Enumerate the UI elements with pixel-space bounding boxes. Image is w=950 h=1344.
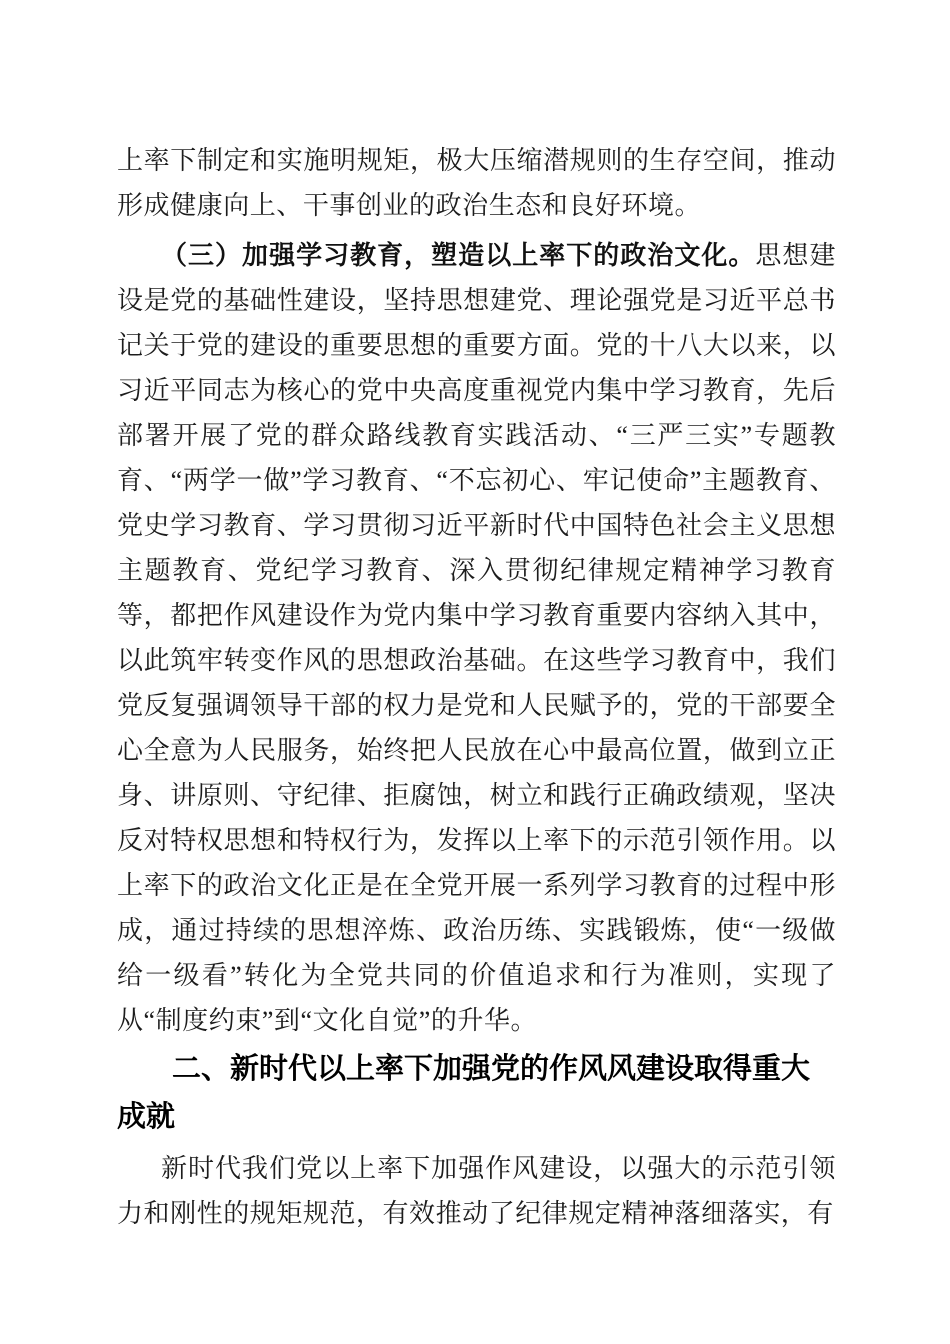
sub-heading-lead: （三）加强学习教育，塑造以上率下的政治文化。 xyxy=(161,241,755,270)
document-page: 上率下制定和实施明规矩，极大压缩潜规则的生存空间，推动形成健康向上、干事创业的政… xyxy=(0,0,950,1344)
paragraph-continuation: 上率下制定和实施明规矩，极大压缩潜规则的生存空间，推动形成健康向上、干事创业的政… xyxy=(117,138,836,228)
paragraph-section-three: （三）加强学习教育，塑造以上率下的政治文化。思想建设是党的基础性建设，坚持思想建… xyxy=(117,233,836,1043)
paragraph-section-two-intro: 新时代我们党以上率下加强作风建设，以强大的示范引领力和刚性的规矩规范，有效推动了… xyxy=(117,1146,836,1236)
document-text-block: 上率下制定和实施明规矩，极大压缩潜规则的生存空间，推动形成健康向上、干事创业的政… xyxy=(117,138,836,1236)
section-heading-two: 二、新时代以上率下加强党的作风风建设取得重大成就 xyxy=(117,1045,836,1141)
paragraph-section-three-text: 思想建设是党的基础性建设，坚持思想建党、理论强党是习近平总书记关于党的建设的重要… xyxy=(117,241,836,1035)
